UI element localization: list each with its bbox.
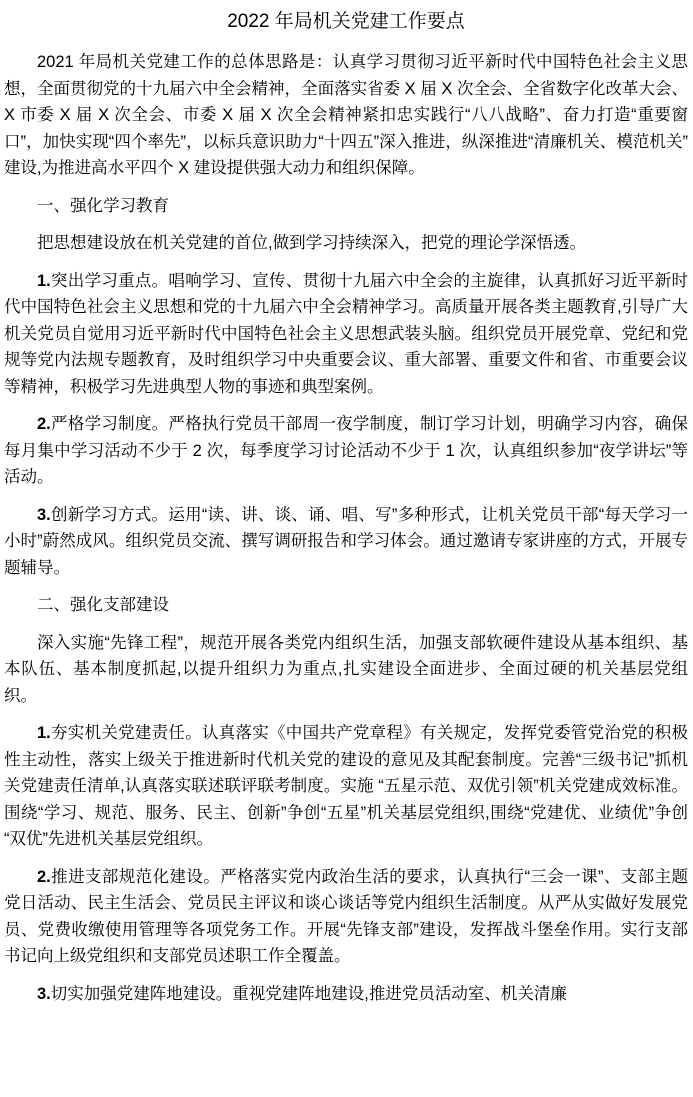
item-text: 创新学习方式。运用“读、讲、谈、诵、唱、写”多种形式，让机关党员干部“每天学习一… xyxy=(4,506,688,577)
document-page: 2022 年局机关党建工作要点 2021 年局机关党建工作的总体思路是：认真学习… xyxy=(0,0,693,1097)
item-number: 2. xyxy=(37,415,51,433)
section-2-item-2: 2.推进支部规范化建设。严格落实党内政治生活的要求，认真执行“三会一课”、支部主… xyxy=(4,864,688,970)
item-number: 1. xyxy=(37,724,51,742)
section-1-item-3: 3.创新学习方式。运用“读、讲、谈、诵、唱、写”多种形式，让机关党员干部“每天学… xyxy=(4,502,688,582)
section-heading-2: 二、强化支部建设 xyxy=(4,592,688,619)
item-number: 2. xyxy=(37,868,51,886)
item-number: 3. xyxy=(37,506,51,524)
section-1-lead-paragraph: 把思想建设放在机关党建的首位,做到学习持续深入，把党的理论学深悟透。 xyxy=(4,230,688,257)
item-text: 推进支部规范化建设。严格落实党内政治生活的要求，认真执行“三会一课”、支部主题党… xyxy=(4,868,688,966)
document-title: 2022 年局机关党建工作要点 xyxy=(4,8,688,36)
section-2-item-3: 3.切实加强党建阵地建设。重视党建阵地建设,推进党员活动室、机关清廉 xyxy=(4,981,688,1008)
section-2-lead-paragraph: 深入实施“先锋工程”，规范开展各类党内组织生活，加强支部软硬件建设从基本组织、基… xyxy=(4,630,688,710)
item-text: 切实加强党建阵地建设。重视党建阵地建设,推进党员活动室、机关清廉 xyxy=(51,985,567,1003)
intro-paragraph: 2021 年局机关党建工作的总体思路是：认真学习贯彻习近平新时代中国特色社会主义… xyxy=(4,49,688,182)
item-text: 夯实机关党建责任。认真落实《中国共产党章程》有关规定，发挥党委管党治党的积极性主… xyxy=(4,724,688,848)
section-1-item-2: 2.严格学习制度。严格执行党员干部周一夜学制度，制订学习计划，明确学习内容，确保… xyxy=(4,411,688,491)
item-number: 3. xyxy=(37,985,51,1003)
item-text: 严格学习制度。严格执行党员干部周一夜学制度，制订学习计划，明确学习内容，确保每月… xyxy=(4,415,688,486)
section-heading-1: 一、强化学习教育 xyxy=(4,193,688,220)
item-number: 1. xyxy=(37,272,51,290)
section-2-item-1: 1.夯实机关党建责任。认真落实《中国共产党章程》有关规定，发挥党委管党治党的积极… xyxy=(4,720,688,853)
section-1-item-1: 1.突出学习重点。唱响学习、宣传、贯彻十九届六中全会的主旋律，认真抓好习近平新时… xyxy=(4,268,688,401)
item-text: 突出学习重点。唱响学习、宣传、贯彻十九届六中全会的主旋律，认真抓好习近平新时代中… xyxy=(4,272,688,396)
